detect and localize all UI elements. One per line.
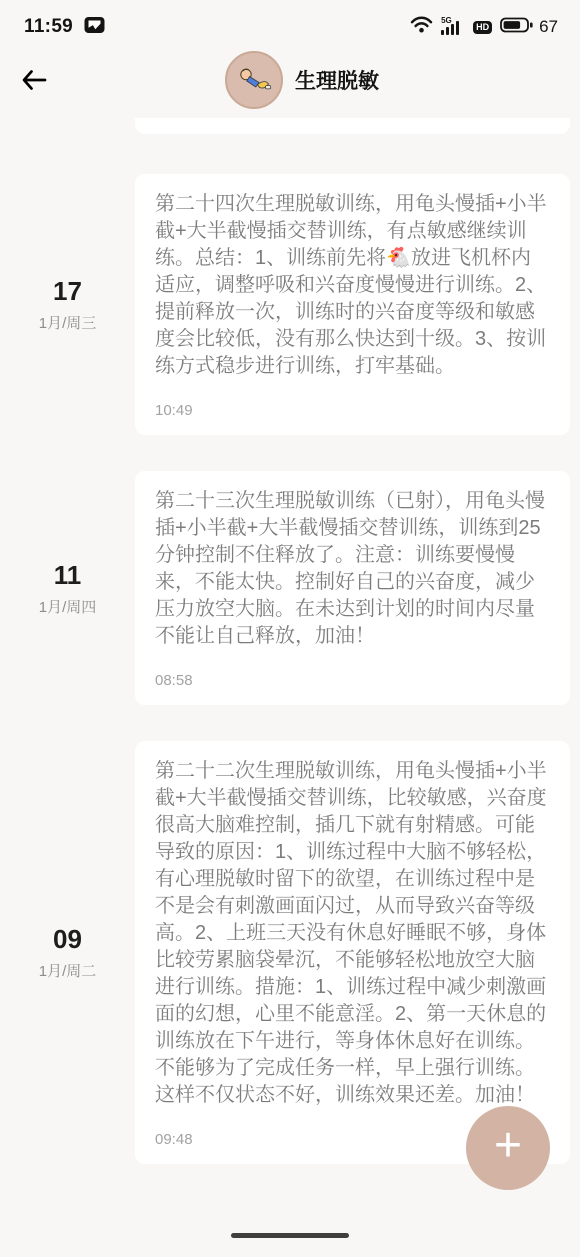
entry-day: 17	[0, 276, 135, 307]
entry-day: 09	[0, 924, 135, 955]
entry-row: 09 1月/周二 第二十二次生理脱敏训练，用龟头慢插+小半截+大半截慢插交替训练…	[0, 741, 570, 1164]
entry-time: 10:49	[155, 402, 550, 419]
entry-text: 第二十二次生理脱敏训练，用龟头慢插+小半截+大半截慢插交替训练，比较敏感，兴奋度…	[155, 758, 550, 1109]
entry-date: 11 1月/周四	[0, 560, 135, 617]
entry-time: 08:58	[155, 672, 550, 689]
entry-date-label: 1月/周三	[0, 312, 135, 333]
wifi-icon	[410, 16, 433, 39]
entries-list: 17 1月/周三 第二十四次生理脱敏训练，用龟头慢插+小半截+大半截慢插交替训练…	[0, 116, 580, 1164]
app-screen: 11:59 5G HD	[0, 0, 580, 1257]
entry-date-label: 1月/周二	[0, 960, 135, 981]
entry-card[interactable]: 第二十四次生理脱敏训练，用龟头慢插+小半截+大半截慢插交替训练，有点敏感继续训练…	[135, 174, 570, 435]
partial-card-above[interactable]	[135, 118, 570, 134]
entry-row: 17 1月/周三 第二十四次生理脱敏训练，用龟头慢插+小半截+大半截慢插交替训练…	[0, 174, 570, 435]
screenshot-notification-icon	[84, 16, 105, 39]
battery-percent: 67	[539, 17, 558, 37]
page-title: 生理脱敏	[295, 65, 379, 95]
hd-badge: HD	[473, 21, 492, 34]
entry-date: 17 1月/周三	[0, 276, 135, 333]
situps-emoji-icon	[236, 63, 272, 98]
entry-date: 09 1月/周二	[0, 924, 135, 981]
back-button[interactable]	[20, 68, 50, 94]
avatar[interactable]	[225, 51, 283, 109]
entry-card[interactable]: 第二十三次生理脱敏训练（已射），用龟头慢插+小半截+大半截慢插交替训练，训练到2…	[135, 471, 570, 705]
add-entry-button[interactable]: +	[466, 1106, 550, 1190]
home-indicator[interactable]	[231, 1233, 349, 1238]
plus-icon: +	[494, 1122, 522, 1170]
battery-icon	[500, 17, 533, 38]
entry-row: 11 1月/周四 第二十三次生理脱敏训练（已射），用龟头慢插+小半截+大半截慢插…	[0, 471, 570, 705]
entry-text: 第二十四次生理脱敏训练，用龟头慢插+小半截+大半截慢插交替训练，有点敏感继续训练…	[155, 191, 550, 380]
header: 生理脱敏	[0, 44, 580, 116]
clock-time: 11:59	[24, 16, 73, 38]
entry-date-label: 1月/周四	[0, 596, 135, 617]
entry-card[interactable]: 第二十二次生理脱敏训练，用龟头慢插+小半截+大半截慢插交替训练，比较敏感，兴奋度…	[135, 741, 570, 1164]
status-bar: 11:59 5G HD	[0, 0, 580, 44]
cellular-signal-icon: 5G	[441, 18, 465, 36]
entry-day: 11	[0, 560, 135, 591]
entry-text: 第二十三次生理脱敏训练（已射），用龟头慢插+小半截+大半截慢插交替训练，训练到2…	[155, 488, 550, 650]
